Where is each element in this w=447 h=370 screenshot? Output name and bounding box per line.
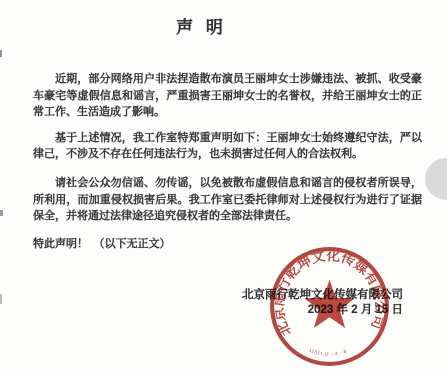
statement-line: 常工作、生活造成了影响。 (33, 104, 422, 121)
star-icon (304, 280, 355, 328)
edge-artifact (0, 210, 3, 216)
seal-serial: 11011-U···4···8 (308, 347, 347, 356)
statement-line: 请社会公众勿信谣、勿传谣，以免被散布虚假信息和谣言的侵权者所误导， (33, 175, 422, 192)
statement-line: 近期，部分网络用户非法捏造散布演员王丽坤女士涉嫌违法、被抓、收受豪 (33, 71, 422, 88)
company-seal: 北京雨行乾坤文化传媒有限公司 11011-U···4···8 (268, 245, 391, 368)
edge-artifact (0, 50, 2, 57)
paragraph: 请社会公众勿信谣、勿传谣，以免被散布虚假信息和谣言的侵权者所误导， 所利用，而加… (33, 175, 422, 225)
paragraph: 基于上述情况，我工作室特郑重声明如下：王丽坤女士始终遵纪守法，严以 律己，不涉及… (33, 130, 422, 163)
paragraph: 近期，部分网络用户非法捏造散布演员王丽坤女士涉嫌违法、被抓、收受豪 车豪宅等虚假… (33, 71, 422, 121)
statement-body: 声 明 近期，部分网络用户非法捏造散布演员王丽坤女士涉嫌违法、被抓、收受豪 车豪… (33, 18, 422, 263)
statement-line: 基于上述情况，我工作室特郑重声明如下：王丽坤女士始终遵纪守法，严以 (33, 130, 422, 147)
statement-line: 车豪宅等虚假信息和谣言，严重损害王丽坤女士的名誉权，并给王丽坤女士的正 (33, 88, 422, 105)
floating-widget[interactable] (425, 158, 447, 200)
statement-document: 声 明 近期，部分网络用户非法捏造散布演员王丽坤女士涉嫌违法、被抓、收受豪 车豪… (0, 0, 447, 370)
statement-line: 保全，并将通过法律途径追究侵权者的全部法律责任。 (33, 208, 422, 225)
statement-line: 所利用，而加重侵权损害后果。我工作室已委托律师对上述侵权行为进行了证据 (33, 192, 422, 209)
statement-title: 声 明 (7, 18, 396, 38)
statement-line: 律己，不涉及不存在任何违法行为，也未损害过任何人的合法权利。 (33, 146, 422, 163)
edge-artifact (0, 294, 2, 304)
